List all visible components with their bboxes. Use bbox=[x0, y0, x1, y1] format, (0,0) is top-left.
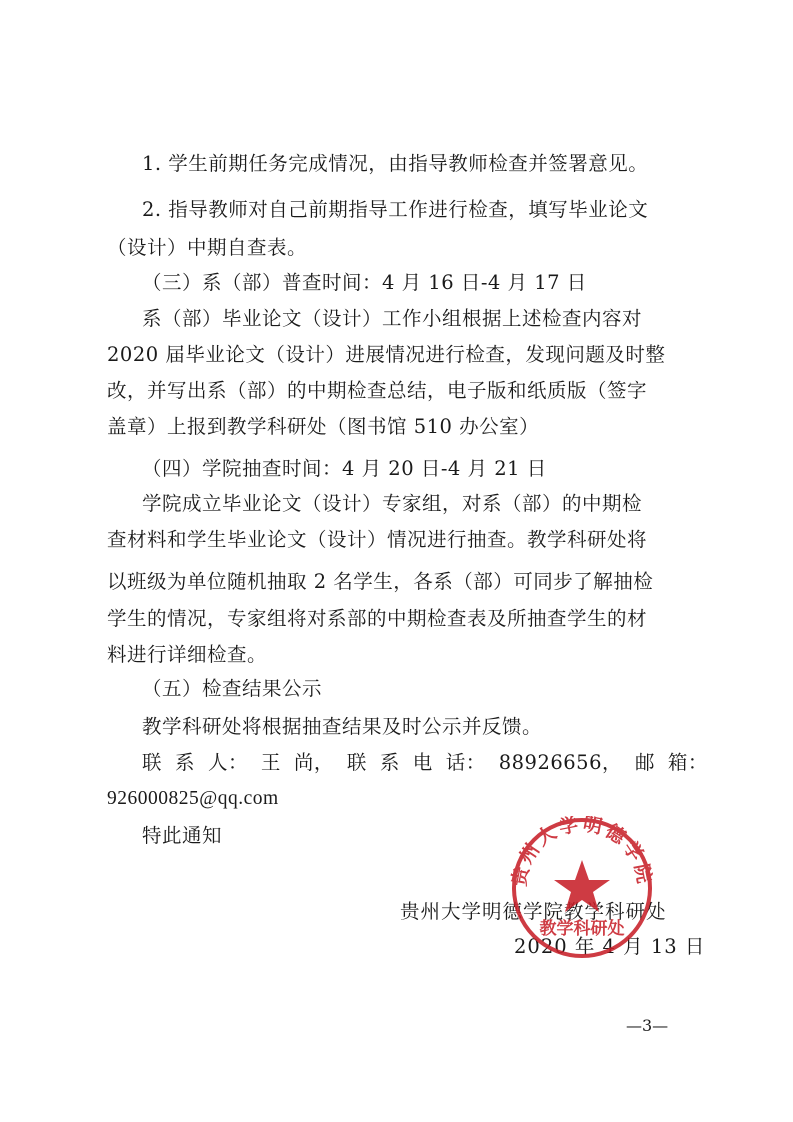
text-line: 查材料和学生毕业论文（设计）情况进行抽查。教学科研处将 bbox=[107, 528, 647, 552]
contact-part: 王 bbox=[261, 751, 281, 775]
text-line: 学院成立毕业论文（设计）专家组，对系（部）的中期检 bbox=[142, 492, 642, 516]
text-line: 2020 届毕业论文（设计）进展情况进行检查，发现问题及时整 bbox=[107, 343, 665, 367]
text-line: 以班级为单位随机抽取 2 名学生，各系（部）可同步了解抽检 bbox=[107, 570, 653, 594]
text-line: 改，并写出系（部）的中期检查总结，电子版和纸质版（签字 bbox=[107, 379, 647, 403]
text-line: 1. 学生前期任务完成情况，由指导教师检查并签署意见。 bbox=[142, 152, 648, 176]
contact-part: 电 bbox=[413, 751, 433, 775]
contact-part: 箱： bbox=[668, 751, 708, 775]
signature-organization: 贵州大学明德学院教学科研处 bbox=[400, 900, 667, 924]
contact-part: 系 bbox=[175, 751, 195, 775]
contact-part: 人： bbox=[208, 751, 248, 775]
text-line: 料进行详细检查。 bbox=[107, 643, 267, 667]
contact-part: 联 bbox=[142, 751, 162, 775]
page-number: —3— bbox=[626, 1016, 668, 1036]
text-line: 系（部）毕业论文（设计）工作小组根据上述检查内容对 bbox=[142, 307, 642, 331]
stamp-outer-text: 贵州大学明德学院 bbox=[510, 816, 654, 888]
section-heading-results: （五）检查结果公示 bbox=[142, 677, 322, 701]
contact-line: 联 系 人： 王 尚， 联 系 电 话： 88926656， 邮 箱： bbox=[142, 751, 708, 775]
text-line: 盖章）上报到教学科研处（图书馆 510 办公室） bbox=[107, 415, 539, 439]
closing-text: 特此通知 bbox=[142, 824, 222, 848]
svg-text:贵州大学明德学院: 贵州大学明德学院 bbox=[510, 816, 654, 888]
contact-part: 系 bbox=[380, 751, 400, 775]
contact-phone: 88926656， bbox=[499, 751, 622, 775]
contact-part: 联 bbox=[347, 751, 367, 775]
text-line: （三）系（部）普查时间：4 月 16 日-4 月 17 日 bbox=[142, 271, 587, 295]
signature-date: 2020 年 4 月 13 日 bbox=[514, 935, 705, 959]
text-line: （设计）中期自查表。 bbox=[107, 236, 307, 260]
contact-part: 邮 bbox=[635, 751, 655, 775]
contact-part: 尚， bbox=[294, 751, 334, 775]
text-line: 2. 指导教师对自己前期指导工作进行检查，填写毕业论文 bbox=[142, 198, 648, 222]
text-line: （四）学院抽查时间：4 月 20 日-4 月 21 日 bbox=[142, 457, 547, 481]
contact-email: 926000825@qq.com bbox=[107, 787, 279, 811]
text-line: 学生的情况，专家组将对系部的中期检查表及所抽查学生的材 bbox=[107, 607, 647, 631]
section-body-results: 教学科研处将根据抽查结果及时公示并反馈。 bbox=[142, 715, 542, 739]
contact-part: 话： bbox=[446, 751, 486, 775]
